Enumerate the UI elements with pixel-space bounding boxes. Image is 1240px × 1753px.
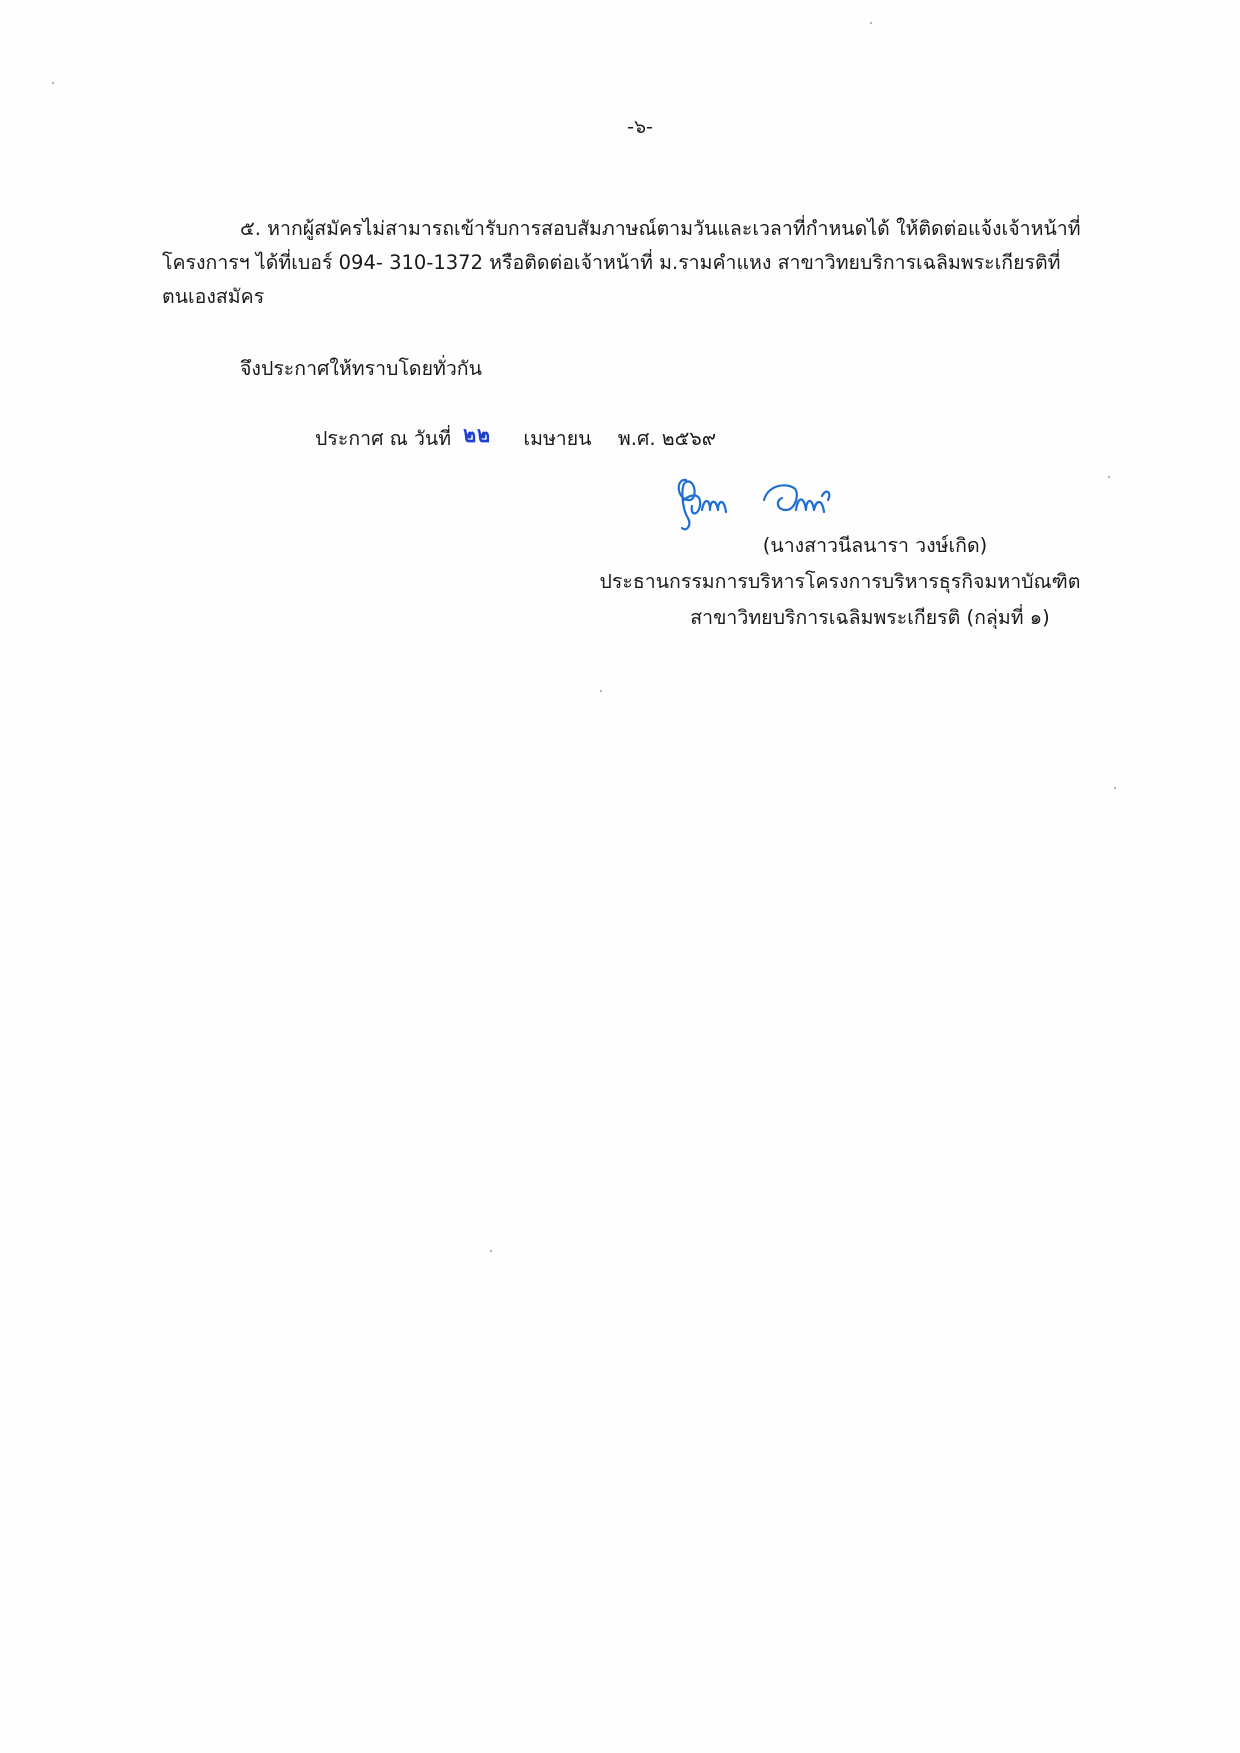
signer-title-line-1: ประธานกรรมการบริหารโครงการบริหารธุรกิจมห… [560, 564, 1120, 600]
scan-speck [52, 82, 54, 84]
date-month: เมษายน [523, 427, 591, 450]
signer-name: (นางสาวนีลนารา วงษ์เกิด) [560, 528, 1120, 564]
scan-speck [600, 690, 602, 692]
signer-block: (นางสาวนีลนารา วงษ์เกิด) ประธานกรรมการบร… [560, 528, 1120, 636]
date-prefix: ประกาศ ณ วันที่ [315, 427, 451, 450]
scan-speck [1108, 476, 1110, 478]
signer-title-line-2: สาขาวิทยบริการเฉลิมพระเกียรติ (กลุ่มที่ … [560, 600, 1120, 636]
paragraph-5-line-2: โครงการฯ ได้ที่เบอร์ 094- 310-1372 หรือต… [162, 246, 1122, 280]
document-page: -๖- ๕. หากผู้สมัครไม่สามารถเข้ารับการสอบ… [0, 0, 1240, 1753]
paragraph-5-line-1: ๕. หากผู้สมัครไม่สามารถเข้ารับการสอบสัมภ… [162, 212, 1122, 246]
scan-speck [1114, 787, 1116, 789]
scan-speck [870, 22, 872, 24]
paragraph-5: ๕. หากผู้สมัครไม่สามารถเข้ารับการสอบสัมภ… [162, 212, 1122, 314]
handwritten-day: ๒๒ [457, 415, 497, 454]
date-era: พ.ศ. [618, 427, 656, 450]
paragraph-5-line-3: ตนเองสมัคร [162, 280, 1122, 314]
page-number: -๖- [0, 112, 1240, 142]
scan-speck [490, 1250, 492, 1252]
date-year: ๒๕๖๙ [662, 427, 716, 450]
announcement-date: ประกาศ ณ วันที่ ๒๒ เมษายน พ.ศ. ๒๕๖๙ [315, 422, 716, 456]
closing-statement: จึงประกาศให้ทราบโดยทั่วกัน [240, 352, 482, 386]
